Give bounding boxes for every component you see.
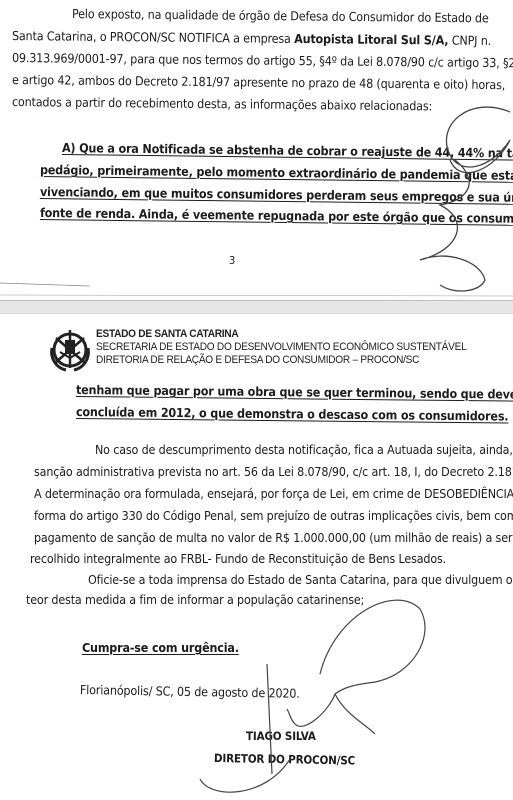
item-a-line: vivenciando, em que muitos consumidores … — [40, 184, 513, 205]
paragraph-line: teor desta medida a fim de informar a po… — [26, 592, 364, 607]
paragraph-line: Oficie-se a toda imprensa do Estado de S… — [88, 572, 512, 587]
paragraph-line: 09.313.969/0001-97, para que nos termos … — [12, 50, 513, 70]
document-page-3: Pelo exposto, na qualidade de órgão de D… — [0, 0, 513, 300]
paragraph-line: e artigo 42, ambos do Decreto 2.181/97 a… — [12, 72, 505, 92]
header-directorate: DIRETORIA DE RELAÇÃO E DEFESA DO CONSUMI… — [96, 354, 419, 366]
item-a-line: pedágio, primeiramente, pelo momento ext… — [40, 162, 513, 183]
paragraph-line: forma do artigo 330 do Código Penal, sem… — [34, 508, 513, 523]
paragraph-line: No caso de descumprimento desta notifica… — [95, 442, 513, 457]
paragraph-line: sanção administrativa prevista no art. 5… — [34, 464, 513, 479]
document-page-4: ESTADO DE SANTA CATARINA SECRETARIA DE E… — [0, 314, 513, 800]
page-number: 3 — [229, 254, 235, 267]
header-secretariat: SECRETARIA DE ESTADO DO DESENVOLVIMENTO … — [96, 341, 466, 353]
paragraph-line: Pelo exposto, na qualidade de órgão de D… — [72, 6, 489, 25]
item-a-line: A) Que a ora Notificada se abstenha de c… — [62, 140, 513, 161]
item-a-continued-line: tenham que pagar por uma obra que se que… — [76, 382, 513, 402]
signatory-title: DIRETOR DO PROCON/SC — [214, 751, 355, 767]
paragraph-line: Santa Catarina, o PROCON/SC NOTIFICA a e… — [12, 28, 491, 48]
header-state: ESTADO DE SANTA CATARINA — [96, 328, 238, 340]
paragraph-line: contados a partir do recebimento desta, … — [12, 94, 432, 113]
paragraph-line: A determinação ora formulada, ensejará, … — [34, 486, 513, 501]
closing-statement: Cumpra-se com urgência. — [82, 640, 239, 655]
page-separator — [0, 300, 513, 314]
scan-edge-line — [0, 278, 513, 298]
state-coat-of-arms-icon — [48, 328, 92, 372]
signatory-name: TIAGO SILVA — [246, 729, 316, 743]
place-date: Florianópolis/ SC, 05 de agosto de 2020. — [80, 682, 300, 701]
paragraph-line: pagamento de sanção de multa no valor de… — [34, 530, 512, 545]
item-a-continued-line: concluída em 2012, o que demonstra o des… — [76, 404, 509, 424]
company-name: Autopista Litoral Sul S/A, — [294, 31, 448, 48]
item-a-line: fonte de renda. Ainda, é veemente repugn… — [40, 205, 513, 226]
paragraph-line: recolhido integralmente ao FRBL- Fundo d… — [30, 551, 446, 566]
